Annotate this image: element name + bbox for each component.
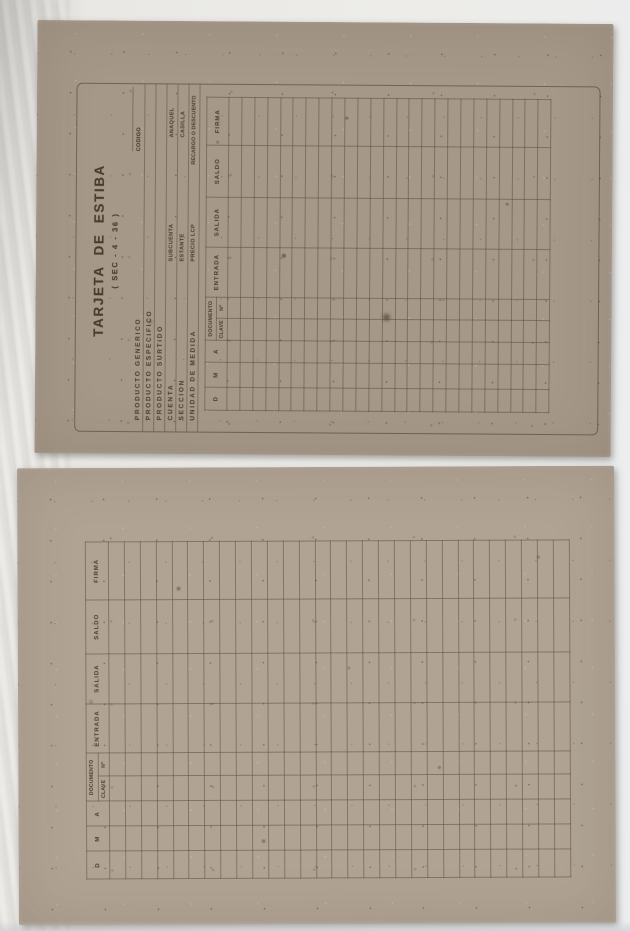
empty-cell: [292, 197, 305, 247]
empty-cell: [315, 752, 331, 775]
empty-cell: [316, 850, 332, 878]
empty-cell: [395, 298, 408, 319]
empty-cell: [266, 197, 279, 247]
empty-cell: [124, 703, 140, 753]
empty-cell: [235, 599, 251, 653]
empty-cell: [427, 849, 443, 877]
empty-cell: [141, 776, 157, 801]
empty-cell: [267, 541, 283, 599]
empty-cell: [538, 751, 554, 774]
empty-cell: [422, 98, 435, 146]
empty-cell: [355, 363, 368, 388]
empty-cell: [283, 598, 299, 652]
empty-cell: [537, 597, 553, 651]
empty-cell: [109, 703, 125, 753]
empty-cell: [220, 800, 236, 825]
table-row: [203, 541, 220, 878]
empty-cell: [284, 800, 300, 825]
empty-cell: [228, 145, 241, 197]
empty-cell: [443, 799, 459, 824]
table-row: [537, 539, 554, 876]
empty-cell: [442, 598, 458, 652]
empty-cell: [378, 598, 394, 652]
empty-cell: [538, 99, 551, 147]
column-header-documento: DOCUMENTO: [86, 753, 98, 801]
empty-cell: [447, 98, 460, 146]
empty-cell: [356, 198, 369, 248]
empty-cell: [538, 774, 554, 799]
empty-cell: [318, 197, 331, 247]
empty-cell: [459, 198, 472, 248]
empty-cell: [268, 752, 284, 775]
empty-cell: [317, 387, 330, 410]
empty-cell: [521, 597, 537, 651]
empty-cell: [523, 299, 536, 320]
empty-cell: [330, 341, 343, 363]
empty-cell: [253, 247, 266, 297]
empty-cell: [331, 652, 347, 702]
empty-cell: [252, 825, 268, 850]
empty-cell: [407, 363, 420, 388]
empty-cell: [411, 799, 427, 824]
empty-cell: [433, 319, 446, 341]
empty-cell: [329, 388, 342, 411]
empty-cell: [472, 320, 485, 342]
empty-cell: [253, 297, 266, 318]
empty-cell: [331, 198, 344, 248]
empty-cell: [408, 198, 421, 248]
empty-cell: [394, 341, 407, 363]
table-row: [505, 540, 522, 877]
empty-cell: [458, 598, 474, 652]
empty-cell: [314, 540, 330, 598]
empty-cell: [252, 800, 268, 825]
empty-cell: [347, 825, 363, 850]
empty-cell: [156, 599, 172, 653]
empty-cell: [332, 825, 348, 850]
empty-cell: [407, 388, 420, 411]
empty-cell: [347, 652, 363, 702]
empty-cell: [554, 751, 570, 774]
empty-cell: [300, 850, 316, 878]
empty-cell: [498, 147, 511, 199]
empty-cell: [265, 340, 278, 362]
empty-cell: [409, 98, 422, 146]
empty-cell: [109, 776, 125, 801]
empty-cell: [499, 99, 512, 147]
empty-cell: [239, 362, 252, 387]
empty-cell: [291, 362, 304, 387]
empty-cell: [420, 248, 433, 298]
empty-cell: [434, 198, 447, 248]
empty-cell: [410, 652, 426, 702]
empty-cell: [330, 298, 343, 319]
empty-cell: [278, 362, 291, 387]
empty-cell: [347, 800, 363, 825]
empty-cell: [442, 540, 458, 598]
empty-cell: [443, 774, 459, 799]
empty-cell: [434, 146, 447, 198]
empty-cell: [265, 318, 278, 340]
empty-cell: [173, 825, 189, 850]
empty-cell: [204, 702, 220, 752]
empty-cell: [433, 341, 446, 363]
empty-cell: [348, 849, 364, 877]
empty-cell: [236, 850, 252, 878]
empty-cell: [220, 825, 236, 850]
column-header-saldo: SALDO: [85, 599, 108, 653]
empty-cell: [236, 702, 252, 752]
empty-cell: [474, 774, 490, 799]
empty-cell: [458, 751, 474, 774]
empty-cell: [511, 299, 524, 320]
empty-cell: [204, 775, 220, 800]
empty-cell: [157, 850, 173, 878]
empty-cell: [356, 319, 369, 341]
empty-cell: [284, 850, 300, 878]
empty-cell: [538, 701, 554, 751]
empty-cell: [292, 247, 305, 297]
empty-cell: [299, 541, 315, 599]
empty-cell: [187, 541, 203, 599]
empty-cell: [299, 598, 315, 652]
empty-cell: [395, 824, 411, 849]
empty-cell: [394, 388, 407, 411]
empty-cell: [363, 824, 379, 849]
empty-cell: [472, 199, 485, 249]
empty-cell: [315, 775, 331, 800]
empty-cell: [227, 340, 240, 362]
empty-cell: [305, 97, 318, 145]
empty-cell: [304, 247, 317, 297]
table-row: [251, 541, 268, 878]
empty-cell: [173, 850, 189, 878]
empty-cell: [284, 825, 300, 850]
empty-cell: [472, 342, 485, 364]
table-row: [394, 540, 411, 877]
empty-cell: [506, 849, 522, 877]
empty-cell: [172, 653, 188, 703]
empty-cell: [395, 849, 411, 877]
table-row: [219, 541, 236, 878]
empty-cell: [291, 387, 304, 410]
empty-cell: [447, 198, 460, 248]
empty-cell: [279, 247, 292, 297]
empty-cell: [253, 197, 266, 247]
empty-cell: [240, 318, 253, 340]
empty-cell: [524, 147, 537, 199]
empty-cell: [379, 752, 395, 775]
empty-cell: [108, 599, 124, 653]
empty-cell: [395, 198, 408, 248]
empty-cell: [172, 753, 188, 776]
empty-cell: [227, 197, 240, 247]
empty-cell: [236, 800, 252, 825]
column-header-clave: CLAVE: [97, 776, 109, 801]
empty-cell: [331, 598, 347, 652]
table-row: [330, 540, 347, 877]
empty-cell: [203, 599, 219, 653]
empty-cell: [293, 97, 306, 145]
photo-scene: TARJETA DE ESTIBA ( SEC - 4 - 36 ) CODIG…: [0, 0, 630, 931]
empty-cell: [426, 652, 442, 702]
empty-cell: [458, 363, 471, 388]
empty-cell: [536, 364, 549, 389]
empty-cell: [284, 752, 300, 775]
empty-cell: [304, 297, 317, 318]
empty-cell: [408, 146, 421, 198]
empty-cell: [368, 341, 381, 363]
empty-cell: [427, 799, 443, 824]
empty-cell: [383, 98, 396, 146]
empty-cell: [538, 824, 554, 849]
table-row: [299, 541, 316, 878]
printed-form-back: DMADOCUMENTOENTRADASALIDASALDOFIRMACLAVE…: [84, 539, 600, 879]
stock-card-back: DMADOCUMENTOENTRADASALIDASALDOFIRMACLAVE…: [17, 466, 616, 926]
empty-cell: [280, 97, 293, 145]
empty-cell: [305, 197, 318, 247]
cardboard-speckles: [38, 20, 40, 22]
empty-cell: [442, 652, 458, 702]
table-row: [283, 541, 300, 878]
column-header-d: D: [86, 851, 109, 879]
empty-cell: [381, 388, 394, 411]
column-header-entrada: ENTRADA: [205, 247, 227, 297]
empty-cell: [189, 825, 205, 850]
empty-cell: [536, 389, 549, 412]
empty-cell: [226, 362, 239, 387]
empty-cell: [378, 540, 394, 598]
empty-cell: [356, 248, 369, 298]
column-header-n-: Nº: [216, 297, 227, 318]
empty-cell: [317, 340, 330, 362]
empty-cell: [407, 319, 420, 341]
empty-cell: [331, 146, 344, 198]
empty-cell: [267, 599, 283, 653]
empty-cell: [490, 651, 506, 701]
empty-cell: [446, 363, 459, 388]
column-header-saldo: SALDO: [206, 145, 228, 197]
empty-cell: [125, 826, 141, 851]
empty-cell: [363, 849, 379, 877]
empty-cell: [537, 147, 550, 199]
table-row: [171, 541, 188, 878]
empty-cell: [554, 774, 570, 799]
empty-cell: [363, 775, 379, 800]
empty-cell: [443, 824, 459, 849]
empty-cell: [381, 319, 394, 341]
empty-cell: [331, 702, 347, 752]
empty-cell: [554, 849, 570, 877]
empty-cell: [379, 849, 395, 877]
empty-cell: [108, 541, 124, 599]
field-row: UNIDAD DE MEDIDAPRECIO LCPRECARGO O DESC…: [187, 84, 200, 431]
field-label-precio-lcp: PRECIO LCP: [190, 223, 196, 261]
background-shadow: [0, 921, 630, 931]
empty-cell: [268, 775, 284, 800]
empty-cell: [268, 850, 284, 878]
empty-cell: [279, 197, 292, 247]
empty-cell: [205, 850, 221, 878]
empty-cell: [236, 775, 252, 800]
empty-cell: [252, 702, 268, 752]
empty-cell: [459, 248, 472, 298]
empty-cell: [458, 701, 474, 751]
empty-cell: [265, 387, 278, 410]
column-header-n-: Nº: [97, 753, 109, 776]
stock-card-front: TARJETA DE ESTIBA ( SEC - 4 - 36 ) CODIG…: [34, 20, 613, 457]
empty-cell: [291, 297, 304, 318]
field-label-anaquel: ANAQUEL: [169, 107, 175, 137]
empty-cell: [486, 99, 499, 147]
empty-cell: [368, 363, 381, 388]
empty-cell: [411, 752, 427, 775]
empty-cell: [188, 653, 204, 703]
empty-cell: [472, 249, 485, 299]
empty-cell: [241, 145, 254, 197]
table-row: [235, 541, 252, 878]
empty-cell: [317, 318, 330, 340]
empty-cell: [219, 599, 235, 653]
empty-cell: [474, 701, 490, 751]
empty-cell: [188, 775, 204, 800]
card-title: TARJETA DE ESTIBA: [90, 83, 107, 416]
empty-cell: [299, 752, 315, 775]
empty-cell: [188, 752, 204, 775]
empty-cell: [498, 249, 511, 299]
empty-cell: [357, 98, 370, 146]
empty-cell: [379, 800, 395, 825]
empty-cell: [141, 825, 157, 850]
empty-cell: [506, 651, 522, 701]
empty-cell: [363, 702, 379, 752]
empty-cell: [521, 651, 537, 701]
empty-cell: [382, 298, 395, 319]
empty-cell: [522, 751, 538, 774]
empty-cell: [484, 364, 497, 389]
empty-cell: [109, 850, 125, 878]
empty-cell: [486, 147, 499, 199]
empty-cell: [305, 145, 318, 197]
empty-cell: [421, 146, 434, 198]
empty-cell: [318, 145, 331, 197]
empty-cell: [511, 147, 524, 199]
empty-cell: [315, 598, 331, 652]
empty-cell: [362, 598, 378, 652]
empty-cell: [357, 146, 370, 198]
empty-cell: [220, 702, 236, 752]
empty-cell: [396, 98, 409, 146]
empty-cell: [459, 341, 472, 363]
empty-cell: [474, 799, 490, 824]
empty-cell: [252, 775, 268, 800]
empty-cell: [471, 389, 484, 412]
empty-cell: [317, 247, 330, 297]
empty-cell: [252, 850, 268, 878]
empty-cell: [459, 824, 475, 849]
empty-cell: [537, 539, 553, 597]
empty-cell: [460, 146, 473, 198]
empty-cell: [331, 98, 344, 146]
empty-cell: [497, 342, 510, 364]
empty-cell: [471, 364, 484, 389]
stock-table: DMADOCUMENTOENTRADASALIDASALDOFIRMACLAVE…: [204, 96, 551, 412]
empty-cell: [459, 849, 475, 877]
empty-cell: [442, 751, 458, 774]
empty-cell: [267, 97, 280, 145]
cardboard-speckles: [17, 468, 19, 470]
empty-cell: [394, 652, 410, 702]
empty-cell: [189, 850, 205, 878]
empty-cell: [331, 800, 347, 825]
empty-cell: [427, 751, 443, 774]
empty-cell: [498, 199, 511, 249]
empty-cell: [188, 599, 204, 653]
empty-cell: [157, 801, 173, 826]
column-header-a: A: [86, 801, 109, 826]
empty-cell: [457, 540, 473, 598]
empty-cell: [489, 540, 505, 598]
empty-cell: [173, 800, 189, 825]
empty-cell: [330, 540, 346, 598]
empty-cell: [489, 598, 505, 652]
empty-cell: [124, 541, 140, 599]
empty-cell: [369, 319, 382, 341]
empty-cell: [220, 775, 236, 800]
empty-cell: [253, 318, 266, 340]
field-label-unidad-de-medida: UNIDAD DE MEDIDA: [189, 329, 197, 420]
empty-cell: [379, 775, 395, 800]
empty-cell: [445, 388, 458, 411]
empty-cell: [300, 800, 316, 825]
empty-cell: [505, 540, 521, 598]
empty-cell: [203, 541, 219, 599]
field-label-producto-generico: PRODUCTO GENERICO: [134, 317, 142, 420]
empty-cell: [523, 364, 536, 389]
empty-cell: [427, 824, 443, 849]
table-row: [362, 540, 379, 877]
empty-cell: [537, 651, 553, 701]
empty-cell: [553, 701, 569, 751]
empty-cell: [299, 652, 315, 702]
table-row: [536, 99, 551, 412]
column-header-documento: DOCUMENTO: [205, 297, 216, 340]
empty-cell: [490, 824, 506, 849]
empty-cell: [317, 297, 330, 318]
empty-cell: [553, 597, 569, 651]
empty-cell: [420, 388, 433, 411]
table-row: [155, 541, 172, 878]
empty-cell: [411, 824, 427, 849]
empty-cell: [316, 825, 332, 850]
field-label-producto-surtido: PRODUCTO SURTIDO: [156, 324, 164, 419]
empty-cell: [254, 97, 267, 145]
empty-cell: [109, 826, 125, 851]
front-table-mount: DMADOCUMENTOENTRADASALIDASALDOFIRMACLAVE…: [204, 96, 551, 412]
empty-cell: [318, 97, 331, 145]
field-label-seccion: SECCION: [178, 378, 185, 420]
empty-cell: [342, 388, 355, 411]
empty-cell: [394, 363, 407, 388]
empty-cell: [343, 248, 356, 298]
empty-cell: [108, 653, 124, 703]
empty-cell: [227, 318, 240, 340]
empty-cell: [304, 318, 317, 340]
empty-cell: [394, 598, 410, 652]
empty-cell: [204, 752, 220, 775]
table-row: [426, 540, 443, 877]
empty-cell: [278, 340, 291, 362]
